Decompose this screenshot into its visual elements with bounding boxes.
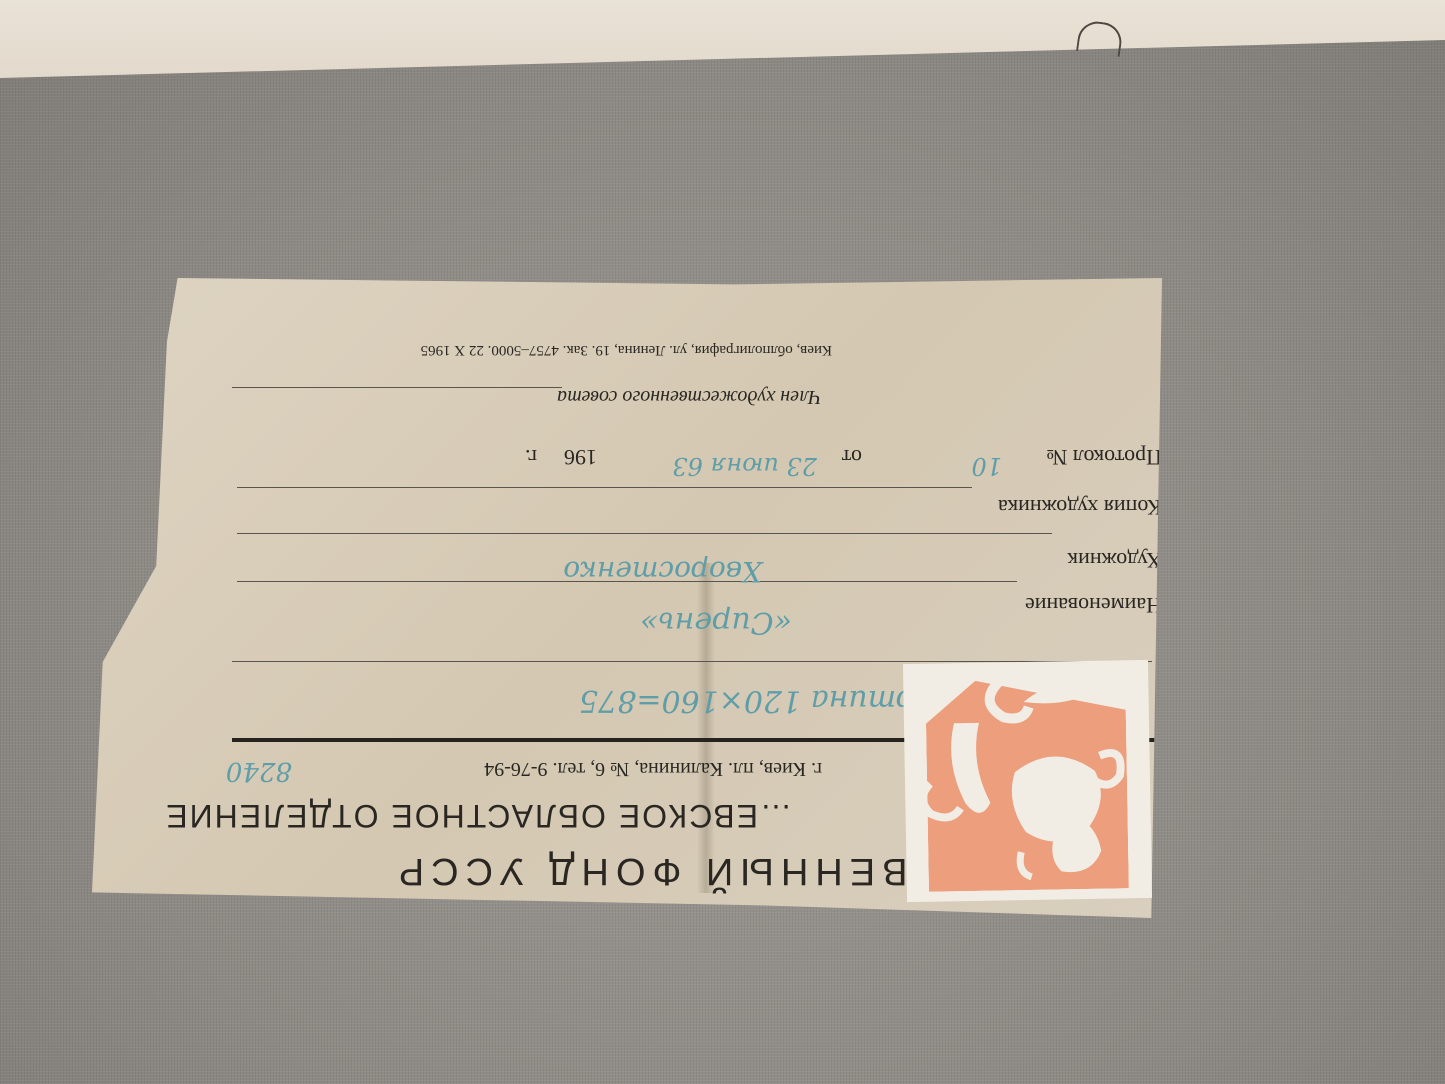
orange-floral-sticker [903,660,1152,902]
field-line [232,387,562,388]
copy-of-artist-label: Копия художника [998,494,1162,520]
protocol-from-label: от [842,444,862,470]
handwritten-protocol-number: 10 [971,452,1002,480]
handwritten-artist: Хворостенко [563,555,762,588]
label-address: г. Киев, пл. Калинина, № 6, тел. 9-76-94 [484,757,822,780]
council-member-label: Член художественного совета [557,385,822,408]
protocol-year-suffix: г. [525,444,537,470]
protocol-label: Протокол № [1046,444,1162,470]
artist-label: Художник [1067,547,1162,573]
handwritten-inventory-number: 8240 [226,756,292,786]
handwritten-protocol-date: 23 июня 63 [672,452,817,480]
floral-bird-ornament-icon [903,660,1152,902]
field-line [237,487,972,488]
handwritten-title: «Сирень» [640,605,792,640]
protocol-year: 196 [564,444,597,470]
name-label: Наименование [1025,592,1162,618]
label-header-branch: …ЕВСКОЕ ОБЛАСТНОЕ ОТДЕЛЕНИЕ [164,797,792,834]
printer-imprint: Киев, облполиграфия, ул. Ленина, 19. Зак… [421,341,832,358]
field-line [237,533,1052,534]
